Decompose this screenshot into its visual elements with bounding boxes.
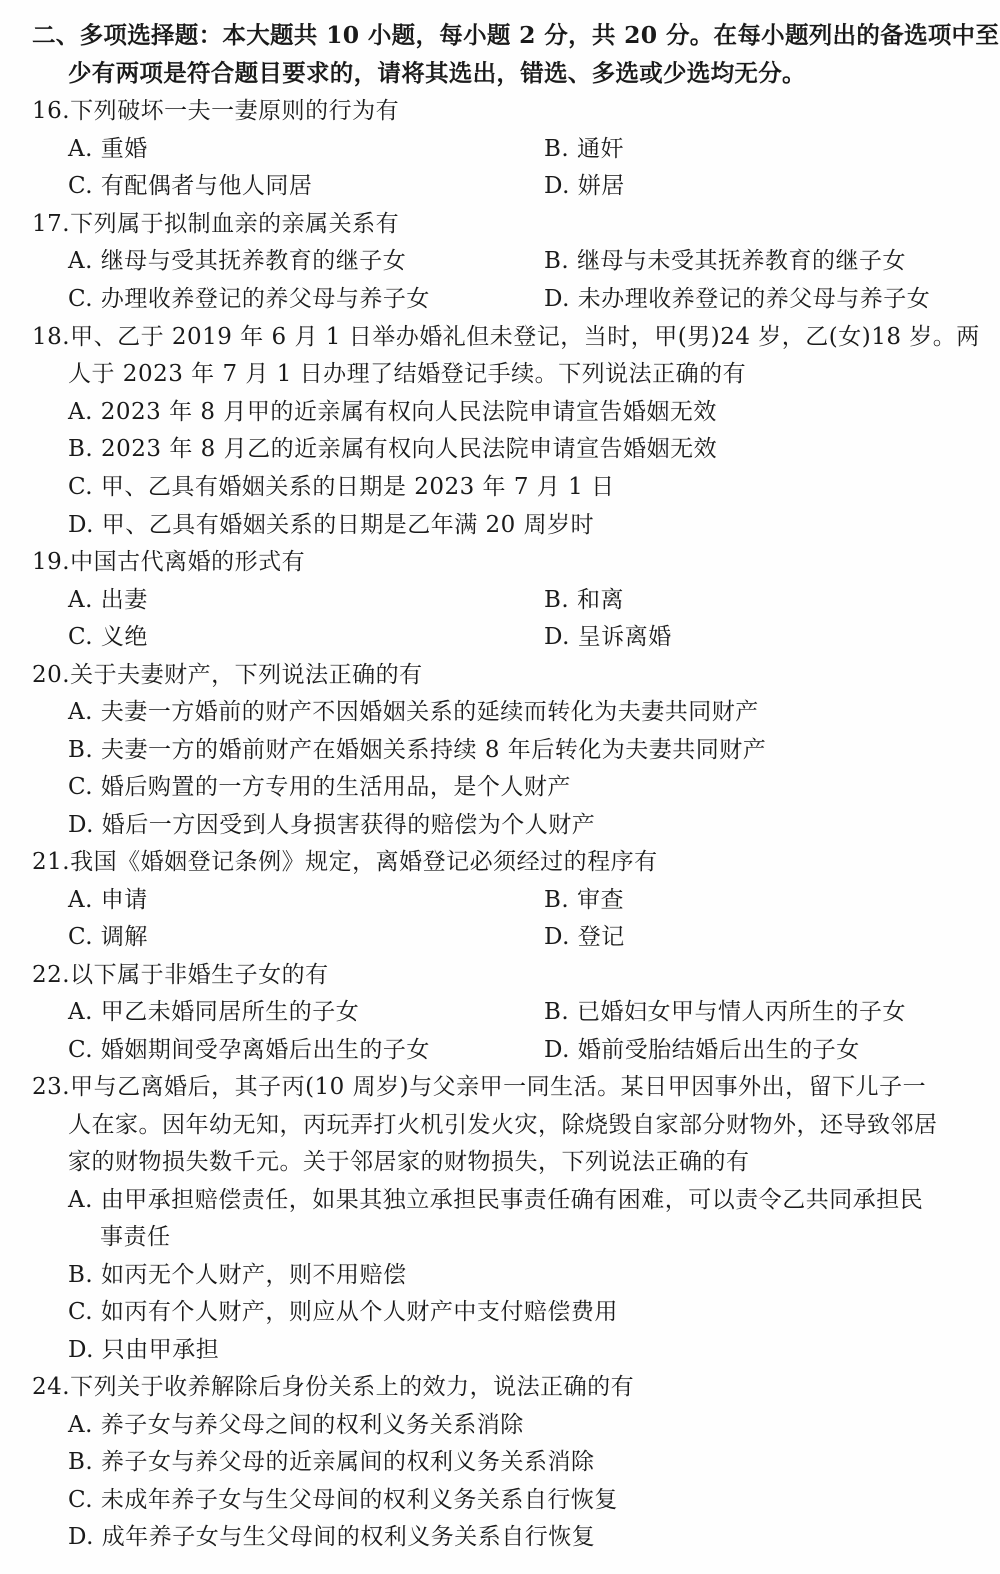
question-number: 22. xyxy=(32,962,70,988)
question-number: 20. xyxy=(32,662,70,688)
section-heading-line-1: 二、多项选择题：本大题共 10 小题，每小题 2 分，共 20 分。在每小题列出… xyxy=(32,20,999,50)
option-a: A. 夫妻一方婚前的财产不因婚姻关系的延续而转化为夫妻共同财产 xyxy=(68,697,759,727)
question-stem: 23.甲与乙离婚后，其子丙(10 周岁)与父亲甲一同生活。某日甲因事外出，留下儿… xyxy=(32,1072,926,1102)
question-stem: 21.我国《婚姻登记条例》规定，离婚登记必须经过的程序有 xyxy=(32,847,658,877)
option-d: D. 只由甲承担 xyxy=(68,1335,219,1365)
option-b: B. 如丙无个人财产，则不用赔偿 xyxy=(68,1260,407,1290)
question-number: 18. xyxy=(32,324,70,350)
option-c: C. 办理收养登记的养父母与养子女 xyxy=(68,284,430,314)
option-c: C. 婚后购置的一方专用的生活用品，是个人财产 xyxy=(68,772,571,802)
option-d: D. 婚后一方因受到人身损害获得的赔偿为个人财产 xyxy=(68,810,595,840)
question-stem: 24.下列关于收养解除后身份关系上的效力，说法正确的有 xyxy=(32,1372,634,1402)
option-d: D. 未办理收养登记的养父母与养子女 xyxy=(544,284,930,314)
option-c: C. 有配偶者与他人同居 xyxy=(68,171,312,201)
option-c: C. 婚姻期间受孕离婚后出生的子女 xyxy=(68,1035,430,1065)
question-stem: 22.以下属于非婚生子女的有 xyxy=(32,960,329,990)
option-a-continued: 事责任 xyxy=(100,1222,171,1252)
question-stem: 18.甲、乙于 2019 年 6 月 1 日举办婚礼但未登记，当时，甲(男)24… xyxy=(32,322,980,352)
option-c: C. 如丙有个人财产，则应从个人财产中支付赔偿费用 xyxy=(68,1297,618,1327)
question-stem: 20.关于夫妻财产，下列说法正确的有 xyxy=(32,660,423,690)
question-stem-continued: 人于 2023 年 7 月 1 日办理了结婚登记手续。下列说法正确的有 xyxy=(68,359,746,389)
question-stem-continued: 家的财物损失数千元。关于邻居家的财物损失，下列说法正确的有 xyxy=(68,1147,750,1177)
exam-page: 二、多项选择题：本大题共 10 小题，每小题 2 分，共 20 分。在每小题列出… xyxy=(0,0,1000,1574)
section-heading-line-2: 少有两项是符合题目要求的，请将其选出，错选、多选或少选均无分。 xyxy=(68,58,806,88)
option-c: C. 义绝 xyxy=(68,622,148,652)
option-d: D. 登记 xyxy=(544,922,625,952)
option-d: D. 姘居 xyxy=(544,171,625,201)
option-a: A. 继母与受其抚养教育的继子女 xyxy=(68,246,406,276)
option-b: B. 审查 xyxy=(544,885,624,915)
option-a: A. 由甲承担赔偿责任，如果其独立承担民事责任确有困难，可以责令乙共同承担民 xyxy=(68,1185,923,1215)
option-b: B. 养子女与养父母的近亲属间的权利义务关系消除 xyxy=(68,1447,595,1477)
option-b: B. 继母与未受其抚养教育的继子女 xyxy=(544,246,906,276)
option-d: D. 呈诉离婚 xyxy=(544,622,672,652)
option-c: C. 调解 xyxy=(68,922,148,952)
question-number: 17. xyxy=(32,211,70,237)
option-c: C. 未成年养子女与生父母间的权利义务关系自行恢复 xyxy=(68,1485,618,1515)
option-a: A. 重婚 xyxy=(68,134,148,164)
question-number: 19. xyxy=(32,549,70,575)
option-d: D. 甲、乙具有婚姻关系的日期是乙年满 20 周岁时 xyxy=(68,510,594,540)
option-b: B. 2023 年 8 月乙的近亲属有权向人民法院申请宣告婚姻无效 xyxy=(68,434,717,464)
option-b: B. 夫妻一方的婚前财产在婚姻关系持续 8 年后转化为夫妻共同财产 xyxy=(68,735,766,765)
question-number: 24. xyxy=(32,1374,70,1400)
option-b: B. 和离 xyxy=(544,585,624,615)
option-d: D. 成年养子女与生父母间的权利义务关系自行恢复 xyxy=(68,1522,595,1552)
option-a: A. 出妻 xyxy=(68,585,148,615)
option-a: A. 养子女与养父母之间的权利义务关系消除 xyxy=(68,1410,524,1440)
question-number: 16. xyxy=(32,98,70,124)
option-b: B. 通奸 xyxy=(544,134,624,164)
option-d: D. 婚前受胎结婚后出生的子女 xyxy=(544,1035,860,1065)
option-a: A. 申请 xyxy=(68,885,148,915)
question-number: 23. xyxy=(32,1074,70,1100)
option-b: B. 已婚妇女甲与情人丙所生的子女 xyxy=(544,997,906,1027)
option-a: A. 2023 年 8 月甲的近亲属有权向人民法院申请宣告婚姻无效 xyxy=(68,397,717,427)
question-stem: 17.下列属于拟制血亲的亲属关系有 xyxy=(32,209,399,239)
option-c: C. 甲、乙具有婚姻关系的日期是 2023 年 7 月 1 日 xyxy=(68,472,615,502)
question-stem: 19.中国古代离婚的形式有 xyxy=(32,547,305,577)
question-stem-continued: 人在家。因年幼无知，丙玩弄打火机引发火灾，除烧毁自家部分财物外，还导致邻居 xyxy=(68,1110,938,1140)
question-stem: 16.下列破坏一夫一妻原则的行为有 xyxy=(32,96,399,126)
option-a: A. 甲乙未婚同居所生的子女 xyxy=(68,997,359,1027)
question-number: 21. xyxy=(32,849,70,875)
